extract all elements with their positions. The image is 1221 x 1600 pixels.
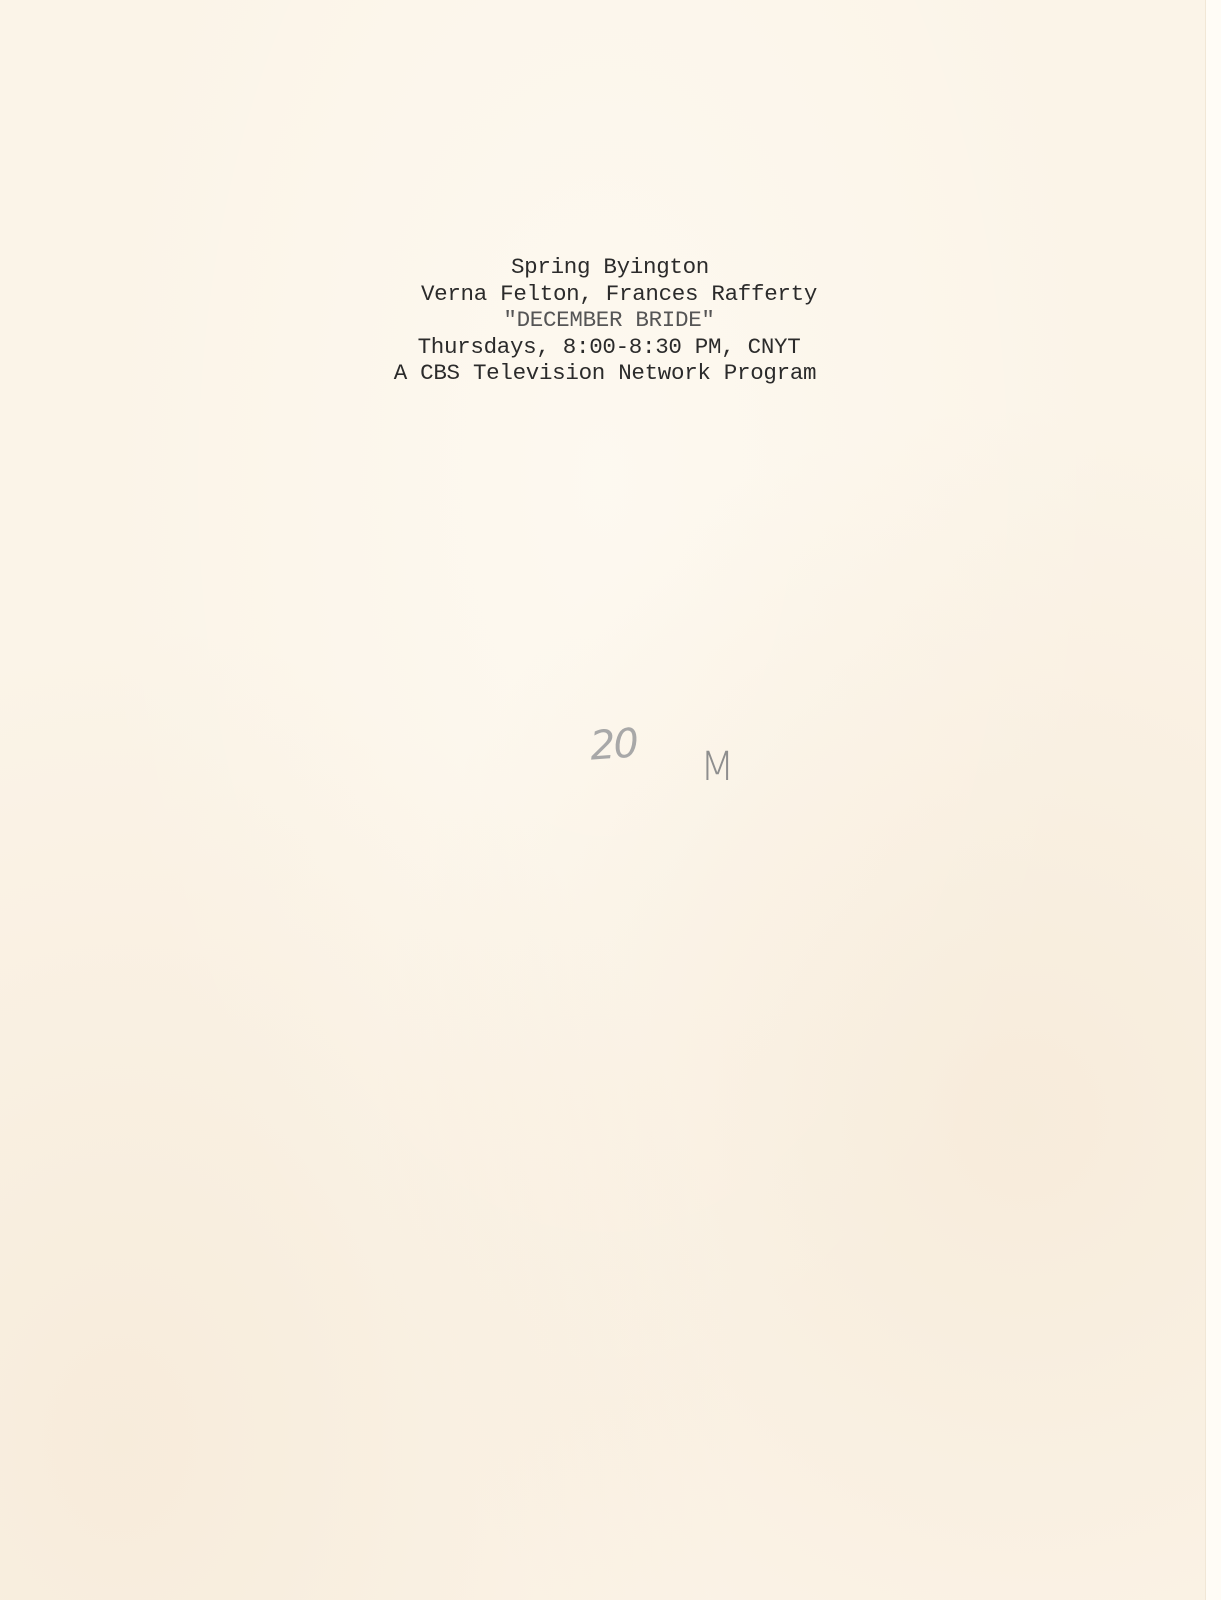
- caption-network: A CBS Television Network Program: [360, 360, 850, 387]
- pencil-letter-mark: M: [700, 744, 733, 790]
- caption-show-title: "DECEMBER BRIDE": [360, 307, 850, 334]
- caption-star-name: Spring Byington: [360, 254, 850, 281]
- caption-schedule: Thursdays, 8:00-8:30 PM, CNYT: [360, 334, 850, 361]
- pencil-number-mark: 20: [588, 720, 638, 769]
- caption-costars: Verna Felton, Frances Rafferty: [360, 281, 850, 308]
- paper-sheet: [0, 0, 1206, 1600]
- typed-caption: Spring Byington Verna Felton, Frances Ra…: [360, 254, 850, 387]
- paper-edge: [1205, 0, 1221, 1600]
